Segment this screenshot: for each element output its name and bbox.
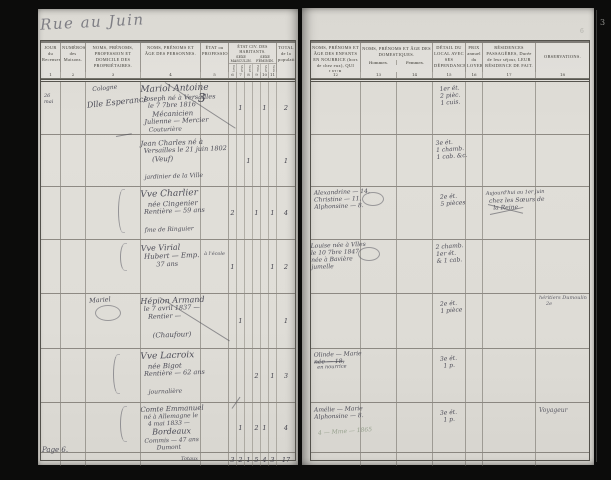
subheader-maries: Mariés. [237,64,245,72]
grand-total: 17 [282,456,290,464]
ink-oval [95,305,121,321]
brace-flourish [120,243,127,271]
total-filles: 5 [254,456,258,464]
table-row: 1er ét. 2 pièc. 1 cuis. [311,82,589,135]
ink-oval [358,247,380,261]
header-enfants: NOMS, PRÉNOMS ET ÂGE DES ENFANTS EN NOUR… [311,43,361,72]
ink-oval [362,192,384,206]
entry-personnes: Jean Charles né à Versailles le 21 juin … [140,134,201,181]
table-row: Vve Lacroix née Bigot Rentière — 62 ans … [41,349,295,403]
margin-pencil-mark: 6 [580,28,584,35]
entry-local: 1er ét. 2 pièc. 1 cuis. [439,81,466,107]
table-row: Jean Charles né à Versailles le 21 juin … [41,135,295,187]
totals-label: Totaux [181,457,198,463]
corner-page-number: 3 [600,18,605,27]
header-sexe-feminin: SEXE FÉMININ. Filles. Mariées. Veuves. [253,55,277,72]
header-personnes: NOMS, PRÉNOMS ET ÂGE DES PERSONNES. [141,43,201,72]
header-etat-civil-group: ÉTAT CIV. DES HABITANTS. SEXE MASCULIN. … [229,43,277,72]
table-row: 26mai Cologne Dlle Esperance Mariol Anto… [41,82,295,135]
left-column-numbers: 1 2 3 4 5 6 7 8 9 10 11 [41,72,295,79]
table-row: Vve Virial Hubert — Emp. 37 ans à l'écol… [41,240,295,294]
census-table-left: JOUR du Recensement. NUMÉROS des Maisons… [40,40,296,461]
entry-local: 3e ét. 1 chamb. 1 cab. &c. [435,134,466,161]
entry-etat: à l'école [201,240,228,258]
entry-personnes: Comte Emmanuel né à Allemagne le 4 mai 1… [140,402,201,452]
header-dom-femmes: Femmes. [397,60,433,65]
totals-row [311,453,589,466]
header-residences: RÉSIDENCES PASSAGÈRES, Durée de leur séj… [483,43,536,72]
subheader-mariees: Mariées. [261,64,269,72]
header-dom-hommes: Hommes. [361,60,397,65]
right-table-header: NOMS, PRÉNOMS ET ÂGE DES ENFANTS EN NOUR… [311,41,589,82]
entry-enfants: Olinde — Marie née — 18, en nourrice [314,348,361,372]
header-observations: OBSERVATIONS. [536,43,589,72]
left-table-header: JOUR du Recensement. NUMÉROS des Maisons… [41,41,295,82]
total-veufs: 1 [246,456,250,464]
header-proprietaires: NOMS, PRÉNOMS, PROFESSION ET DOMICILE DE… [86,43,141,72]
header-jour: JOUR du Recensement. [41,43,61,72]
subheader-garcons: Garçons. [229,64,237,72]
entry-observations: héritiers Dumoulin 2e [539,294,589,308]
total-veuves: 3 [270,456,274,464]
right-page: NOMS, PRÉNOMS ET ÂGE DES ENFANTS EN NOUR… [302,8,594,465]
brace-flourish [118,189,125,233]
entry-enfants: Alexandrine — 14, Christine — 11, Alphon… [314,186,361,211]
subheader-filles: Filles. [253,64,261,72]
entry-personnes: Vve Charlier née Cingenier Rentière — 59… [140,186,201,234]
entry-local: 3e ét. 1 p. [439,348,465,370]
entry-jour: 26mai [44,82,60,106]
table-row: 3e ét. 1 chamb. 1 cab. &c. [311,135,589,187]
right-column-numbers: 12 13 14 15 16 17 18 [311,72,589,79]
header-detail-local: DÉTAIL DU LOCAL AVEC SES DÉPENDANCES. [433,43,466,72]
table-row: Vve Charlier née Cingenier Rentière — 59… [41,187,295,240]
header-etat-profession: ÉTAT ou PROFESSION. [201,43,229,72]
entry-enfants: Amélie — Marie Alphonsine — 8. [314,402,361,421]
totals-row: Totaux 3 2 1 5 4 3 17 [41,453,295,466]
table-row: Louise née à Vlles le 10 7bre 1847 née à… [311,240,589,294]
entry-enfants: Louise née à Vlles le 10 7bre 1847 née à… [310,239,360,271]
total-mariees: 4 [262,456,266,464]
total-maries: 2 [238,456,242,464]
header-numeros-maisons: NUMÉROS des Maisons. [61,43,86,72]
brace-flourish [113,354,120,394]
scanned-census-register-spread: Rue au Juin JOUR du Recensement. NUMÉROS… [0,0,611,480]
table-row: Alexandrine — 14, Christine — 11, Alphon… [311,187,589,240]
page-label: Page 6. [42,446,68,454]
header-domestiques-group: NOMS, PRÉNOMS ET ÂGE DES DOMESTIQUES. Ho… [361,43,433,72]
subheader-veuves: Veuves. [269,64,277,72]
entry-proprietaire: Mariel [89,292,141,305]
entry-proprietaire: Cologne Dlle Esperance [85,79,141,110]
header-sexe-masculin: SEXE MASCULIN. Garçons. Mariés. Veufs. [229,55,253,72]
page-edge-line [596,10,597,462]
entry-personnes: Vve Lacroix née Bigot Rentière — 62 ans … [140,348,201,396]
header-prix-loyer: PRIX annuel du LOYER. [466,43,483,72]
entry-residences: Aujourd'hui au 1er juin chez les Sœurs d… [486,186,536,212]
entry-personnes: Vve Virial Hubert — Emp. 37 ans [141,239,201,269]
entry-personnes: Mariol Antoine Joseph né à Versailles le… [140,81,201,134]
table-row: Olinde — Marie née — 18, en nourrice 3e … [311,349,589,403]
entry-local: 2 chamb. 1er ét. & 1 cab. [435,239,466,265]
left-page: Rue au Juin JOUR du Recensement. NUMÉROS… [38,9,298,465]
header-total: TOTAL de la population. [277,43,295,72]
total-garcons: 3 [230,456,234,464]
brace-flourish [120,406,127,442]
table-row: Comte Emmanuel né à Allemagne le 4 mai 1… [41,403,295,453]
entry-local: 2e ét. 5 pièces [439,186,465,208]
street-title: Rue au Juin [40,10,145,33]
entry-local: 2e ét. 1 pièce [439,293,465,315]
census-table-right: NOMS, PRÉNOMS ET ÂGE DES ENFANTS EN NOUR… [310,40,590,461]
table-row: 2e ét. 1 pièce héritiers Dumoulin 2e [311,294,589,349]
subheader-veufs: Veufs. [245,64,253,72]
entry-local: 3e ét. 1 p. [439,402,465,424]
header-etat-civil-title: ÉTAT CIV. DES HABITANTS. [229,43,276,55]
entry-observations: Voyageur [539,403,589,414]
